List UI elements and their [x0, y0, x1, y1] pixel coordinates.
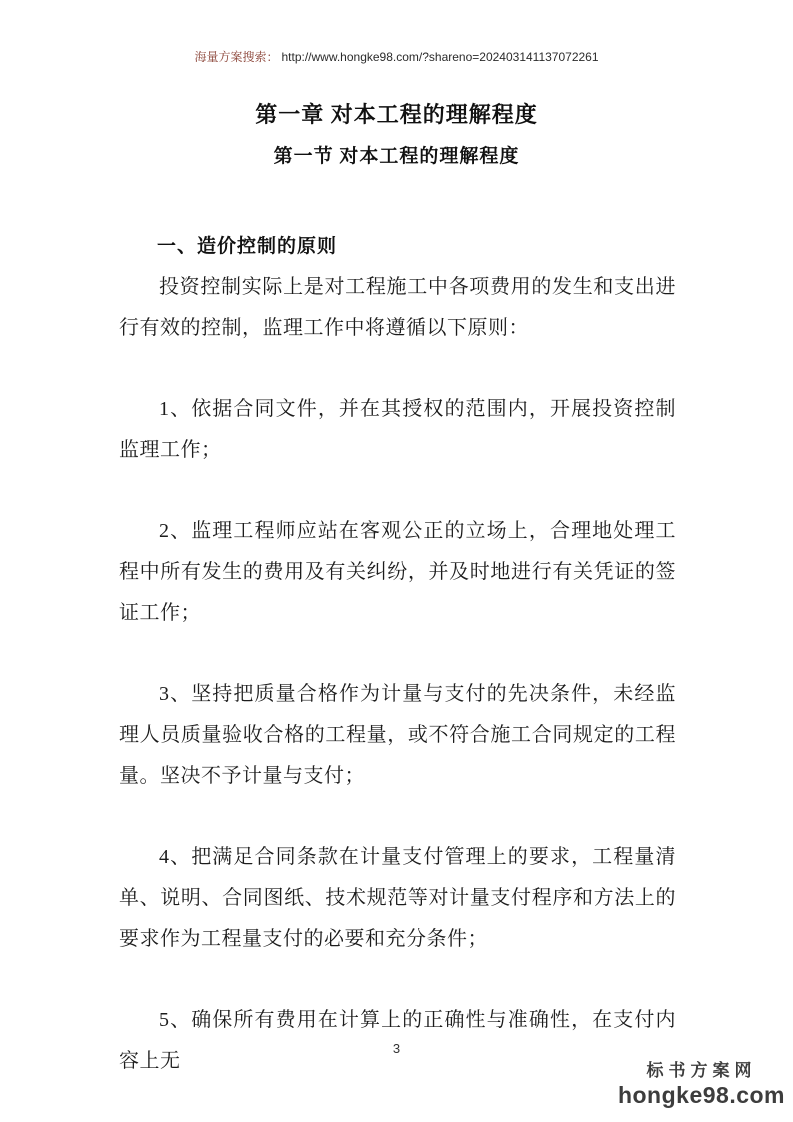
search-source-label: 海量方案搜索：	[194, 50, 278, 64]
paragraph-item-1: 1、依据合同文件，并在其授权的范围内，开展投资控制监理工作；	[119, 389, 676, 471]
watermark-site-name: 标书方案网	[618, 1060, 785, 1082]
site-watermark: 标书方案网 hongke98.com	[618, 1060, 785, 1108]
watermark-site-domain: hongke98.com	[618, 1082, 785, 1108]
chapter-title: 第一章 对本工程的理解程度	[0, 100, 793, 130]
document-body: 一、造价控制的原则 投资控制实际上是对工程施工中各项费用的发生和支出进行有效的控…	[119, 226, 676, 1082]
subsection-heading: 一、造价控制的原则	[157, 226, 676, 267]
paragraph-item-4: 4、把满足合同条款在计量支付管理上的要求，工程量清单、说明、合同图纸、技术规范等…	[119, 837, 676, 960]
page-number: 3	[0, 1041, 793, 1056]
paragraph-item-2: 2、监理工程师应站在客观公正的立场上，合理地处理工程中所有发生的费用及有关纠纷，…	[119, 511, 676, 634]
paragraph-item-3: 3、坚持把质量合格作为计量与支付的先决条件，未经监理人员质量验收合格的工程量，或…	[119, 674, 676, 797]
document-page: 海量方案搜索： http://www.hongke98.com/?shareno…	[0, 0, 793, 1122]
paragraph-intro: 投资控制实际上是对工程施工中各项费用的发生和支出进行有效的控制，监理工作中将遵循…	[119, 267, 676, 349]
document-header: 海量方案搜索： http://www.hongke98.com/?shareno…	[0, 0, 793, 66]
section-title: 第一节 对本工程的理解程度	[0, 144, 793, 170]
source-url-link[interactable]: http://www.hongke98.com/?shareno=2024031…	[281, 50, 598, 64]
